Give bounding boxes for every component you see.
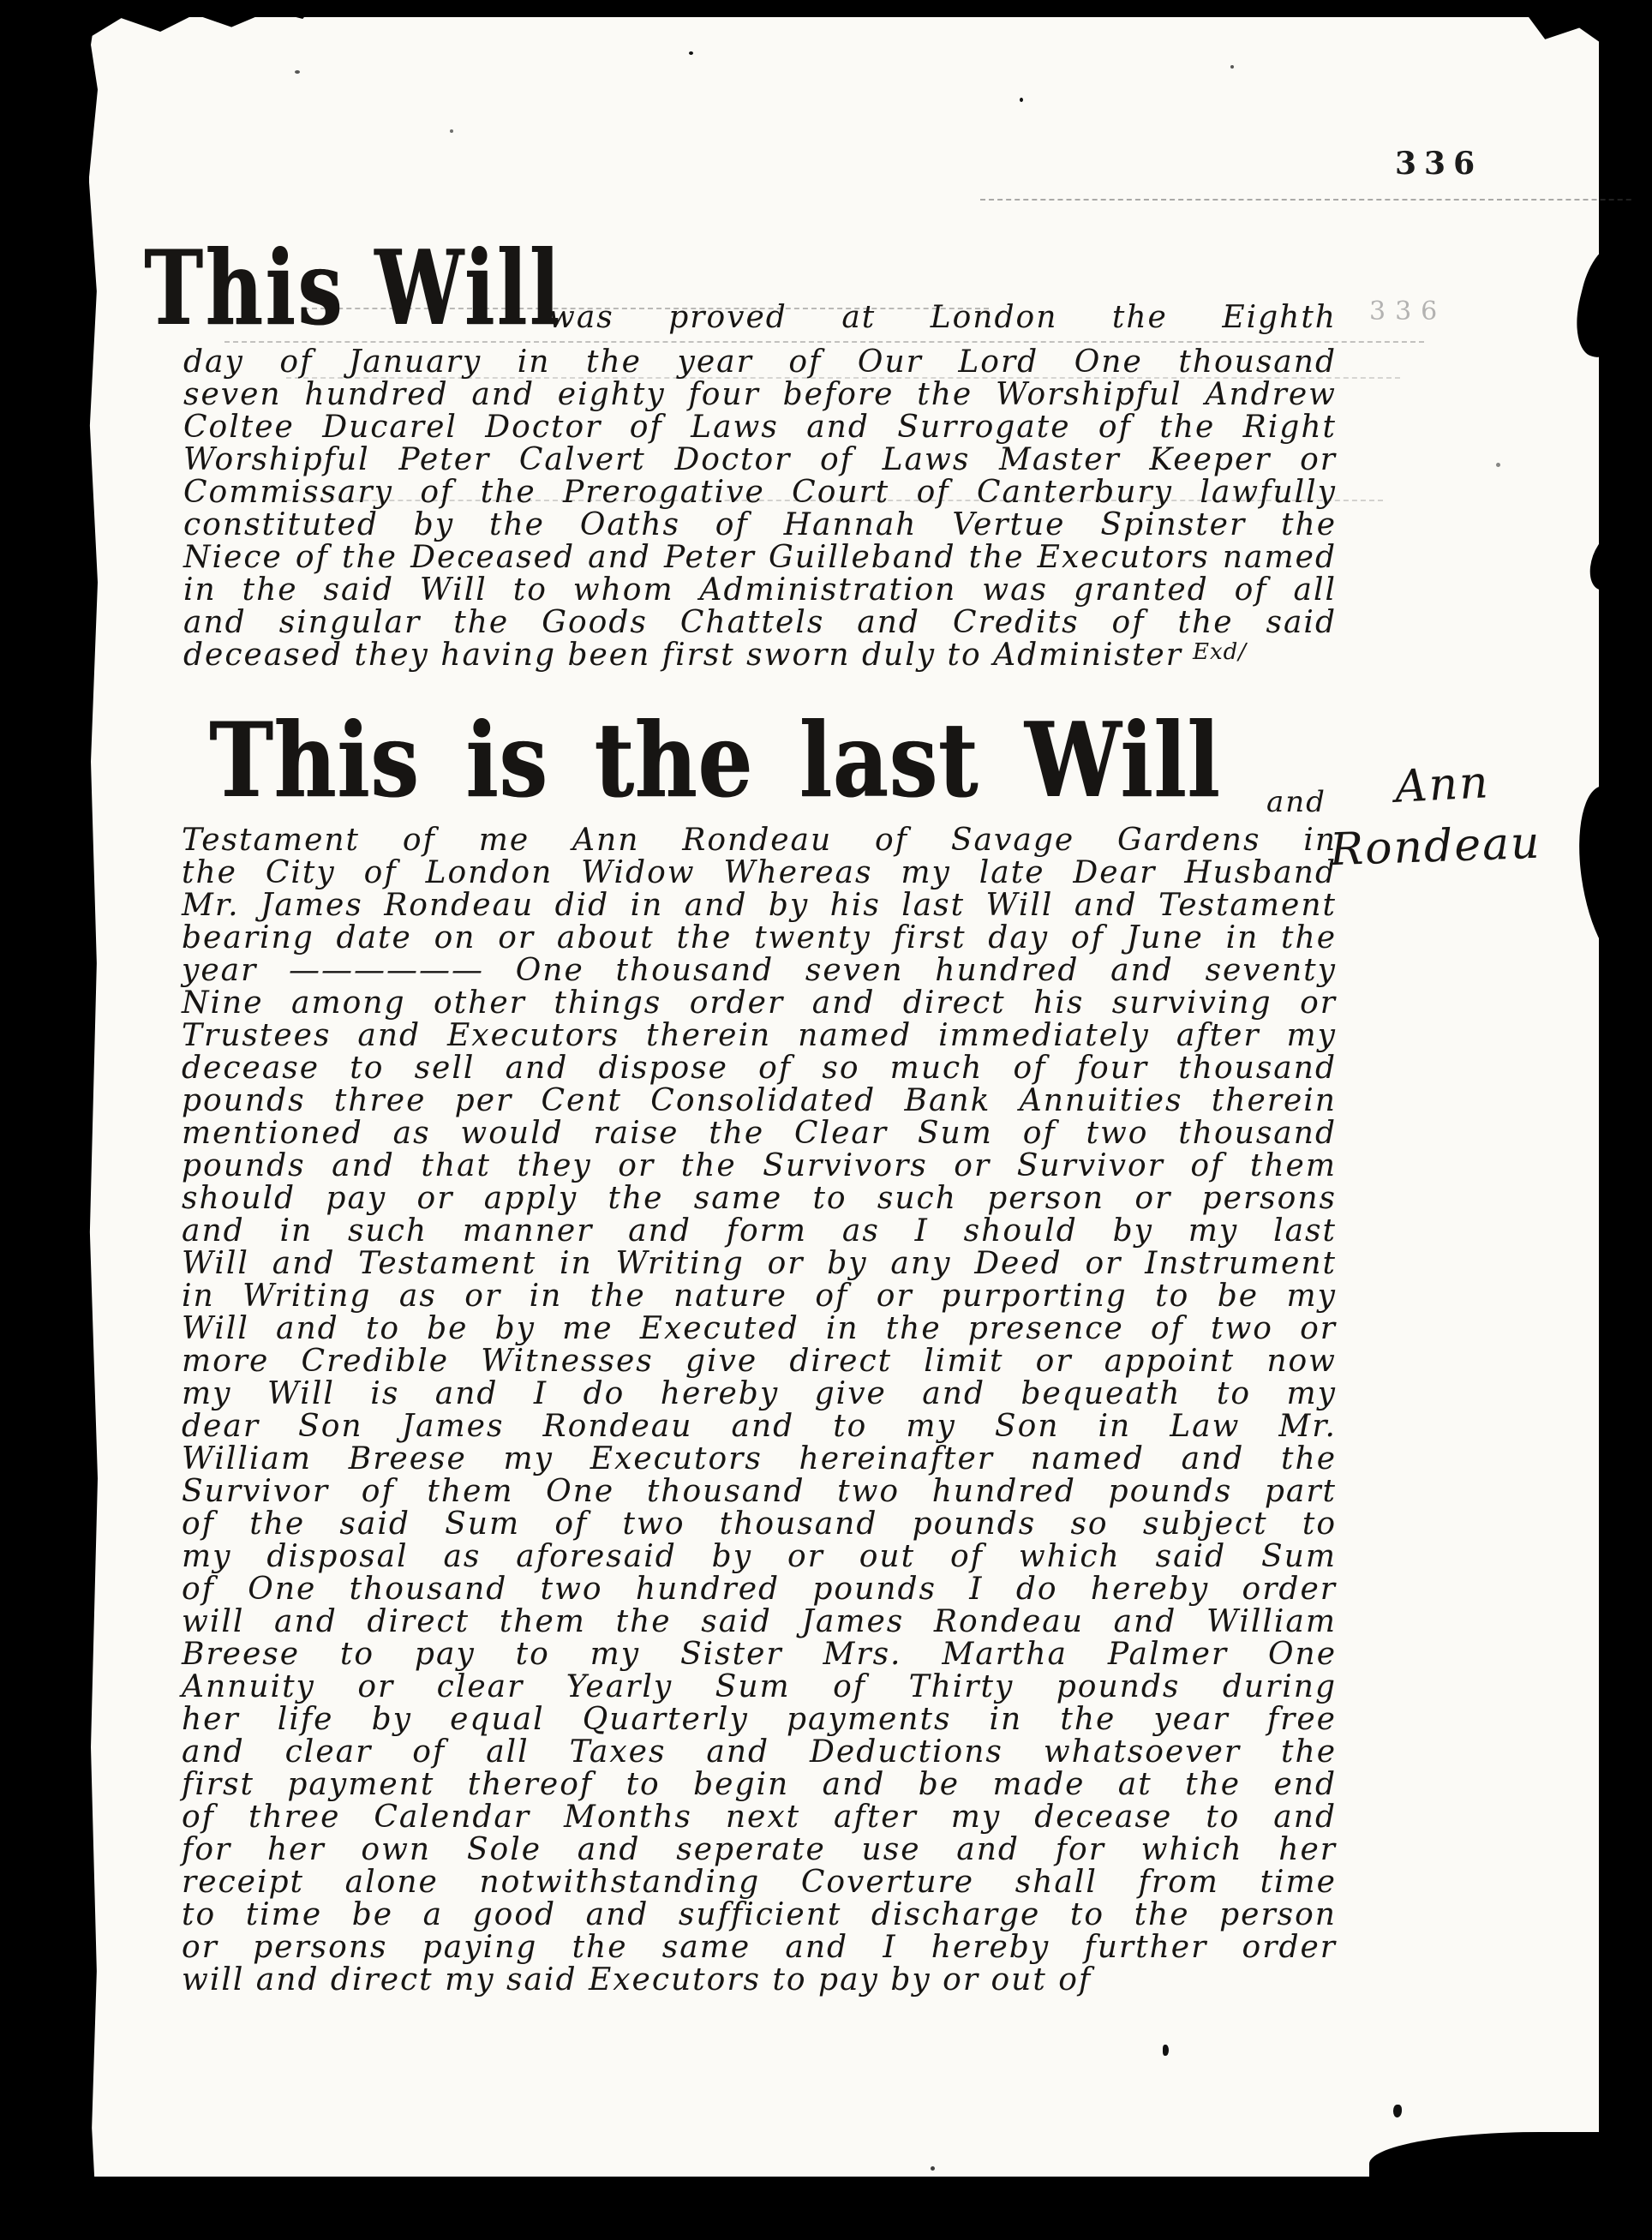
probate-line: Commissary of the Prerogative Court of C… (183, 476, 1337, 509)
ink-speck (1230, 65, 1234, 69)
ink-speck (295, 70, 300, 74)
will-line: for her own Sole and seperate use and fo… (182, 1834, 1337, 1866)
scan-border-left (0, 0, 98, 2240)
will-line: decease to sell and dispose of so much o… (182, 1052, 1337, 1085)
will-line: receipt alone notwithstanding Coverture … (182, 1866, 1337, 1899)
will-line: to time be a good and sufficient dischar… (182, 1899, 1337, 1932)
will-line: will and direct them the said James Rond… (182, 1606, 1337, 1638)
will-line: and in such manner and form as I should … (182, 1215, 1337, 1248)
scanline-artifact (980, 199, 1652, 201)
will-line: in Writing as or in the nature of or pur… (182, 1280, 1337, 1313)
will-line: Will and to be by me Executed in the pre… (182, 1313, 1337, 1345)
will-line: should pay or apply the same to such per… (182, 1183, 1337, 1215)
will-line: of the said Sum of two thousand pounds s… (182, 1508, 1337, 1541)
probate-line: constituted by the Oaths of Hannah Vertu… (183, 509, 1337, 542)
will-line: of One thousand two hundred pounds I do … (182, 1573, 1337, 1606)
will-line: bearing date on or about the twenty firs… (182, 922, 1337, 955)
will-line: more Credible Witnesses give direct limi… (182, 1345, 1337, 1378)
probate-line: deceased they having been first sworn du… (183, 639, 1337, 672)
probate-first-line: was proved at London the Eighth (548, 300, 1337, 335)
will-line: or persons paying the same and I hereby … (182, 1932, 1337, 1964)
probate-paragraph: day of January in the year of Our Lord O… (183, 346, 1337, 672)
will-heading-continuation: and (1266, 785, 1326, 819)
will-line: of three Calendar Months next after my d… (182, 1801, 1337, 1834)
will-line: the City of London Widow Whereas my late… (182, 857, 1337, 889)
ink-speck (931, 2166, 935, 2171)
probate-line: Worshipful Peter Calvert Doctor of Laws … (183, 444, 1337, 476)
probate-line: in the said Will to whom Administration … (183, 574, 1337, 607)
scan-border-right-top (1619, 34, 1652, 1148)
will-line: Survivor of them One thousand two hundre… (182, 1476, 1337, 1508)
page-number-ghost: 336 (1369, 296, 1446, 326)
margin-note-testator-last-name: Rondeau (1329, 818, 1541, 877)
document-page: 336 336 This Will was proved at London t… (89, 17, 1599, 2177)
will-line: Will and Testament in Writing or by any … (182, 1248, 1337, 1280)
will-line: and clear of all Taxes and Deductions wh… (182, 1736, 1337, 1769)
will-line: my disposal as aforesaid by or out of wh… (182, 1541, 1337, 1573)
will-line: my Will is and I do hereby give and bequ… (182, 1378, 1337, 1410)
examined-mark: Exd/ (1193, 639, 1247, 665)
ink-speck (1020, 98, 1023, 102)
will-line: Breese to pay to my Sister Mrs. Martha P… (182, 1638, 1337, 1671)
will-line: Mr. James Rondeau did in and by his last… (182, 889, 1337, 922)
scanned-will-page: 336 336 This Will was proved at London t… (0, 0, 1652, 2240)
will-line: dear Son James Rondeau and to my Son in … (182, 1410, 1337, 1443)
probate-line: and singular the Goods Chattels and Cred… (183, 607, 1337, 639)
will-line: her life by equal Quarterly payments in … (182, 1704, 1337, 1736)
will-line: William Breese my Executors hereinafter … (182, 1443, 1337, 1476)
ink-speck (1163, 2045, 1169, 2056)
will-heading: This is the last Will (209, 699, 1220, 821)
probate-line: seven hundred and eighty four before the… (183, 379, 1337, 411)
probate-line: Niece of the Deceased and Peter Guilleba… (183, 542, 1337, 574)
margin-note-testator-first-name: Ann (1394, 757, 1492, 813)
will-line: Testament of me Ann Rondeau of Savage Ga… (182, 824, 1337, 857)
will-line: pounds three per Cent Consolidated Bank … (182, 1085, 1337, 1117)
ink-speck (1393, 2105, 1402, 2117)
probate-line: Coltee Ducarel Doctor of Laws and Surrog… (183, 411, 1337, 444)
will-line: will and direct my said Executors to pay… (182, 1964, 1337, 1997)
will-line: first payment thereof to begin and be ma… (182, 1769, 1337, 1801)
will-paragraph: Testament of me Ann Rondeau of Savage Ga… (182, 824, 1337, 1997)
will-line: Trustees and Executors therein named imm… (182, 1020, 1337, 1052)
will-line: Annuity or clear Yearly Sum of Thirty po… (182, 1671, 1337, 1704)
probate-line: day of January in the year of Our Lord O… (183, 346, 1337, 379)
ink-speck (450, 129, 453, 133)
ink-speck (1496, 463, 1500, 467)
probate-heading: This Will (144, 228, 562, 348)
page-number: 336 (1395, 146, 1482, 182)
will-line: pounds and that they or the Survivors or… (182, 1150, 1337, 1183)
will-line: mentioned as would raise the Clear Sum o… (182, 1117, 1337, 1150)
will-line: year —————— One thousand seven hundred a… (182, 955, 1337, 987)
ink-speck (689, 51, 693, 55)
will-line: Nine among other things order and direct… (182, 987, 1337, 1020)
